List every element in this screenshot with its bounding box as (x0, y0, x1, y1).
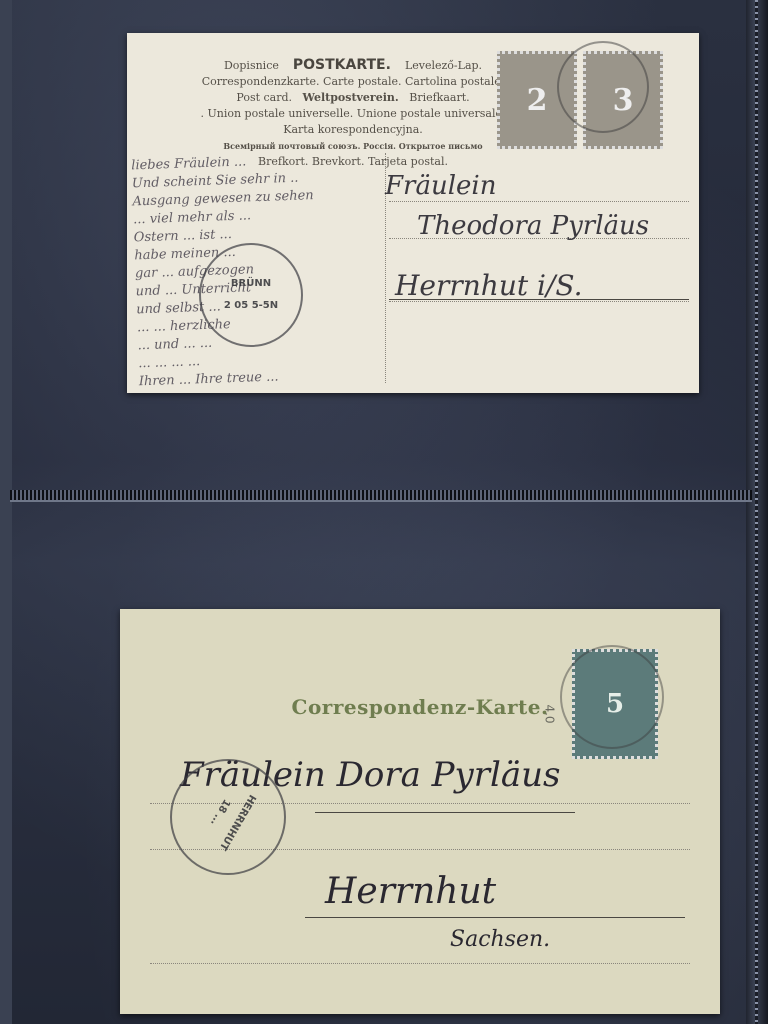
address-city: Herrnhut i/S. (395, 269, 582, 302)
postcard-bottom: Correspondenz-Karte. 5 4.0 Fräulein Dora… (120, 609, 720, 1014)
address-city: Herrnhut (325, 871, 496, 912)
weltpostverein-text: Weltpostverein. (303, 91, 399, 104)
postmark-brunn: BRÜNN2 05 5-5N (199, 243, 303, 347)
postmark-date: 2 05 5-5N (224, 295, 278, 317)
address-underline (305, 917, 685, 918)
header-text: Levelező-Lap. (405, 59, 482, 72)
sleeve-divider (10, 490, 752, 502)
address-salutation: Fräulein (385, 171, 496, 201)
address-region: Sachsen. (450, 927, 550, 952)
header-text: Briefkaart. (409, 91, 469, 104)
postcard-top: DopisnicePOSTKARTE.Levelező-Lap. Corresp… (127, 33, 699, 393)
address-line (389, 201, 689, 202)
postmark-circle (560, 645, 664, 749)
header-text: Post card. (236, 91, 292, 104)
postmark-circle (557, 41, 649, 133)
side-mark-text: 4.0 (543, 704, 557, 723)
address-line (150, 963, 690, 964)
header-text: Dopisnice (224, 59, 279, 72)
stamp-value: 2 (527, 83, 548, 118)
album-sleeve-edge-left (0, 0, 12, 1024)
address-name: Theodora Pyrläus (417, 211, 649, 241)
postkarte-title: POSTKARTE. (293, 57, 391, 73)
address-underline (315, 812, 575, 813)
album-stitching (755, 0, 758, 1024)
postmark-place: BRÜNN (224, 273, 278, 295)
postmark-herrnhut: HERRNHUT18 ... (170, 759, 286, 875)
